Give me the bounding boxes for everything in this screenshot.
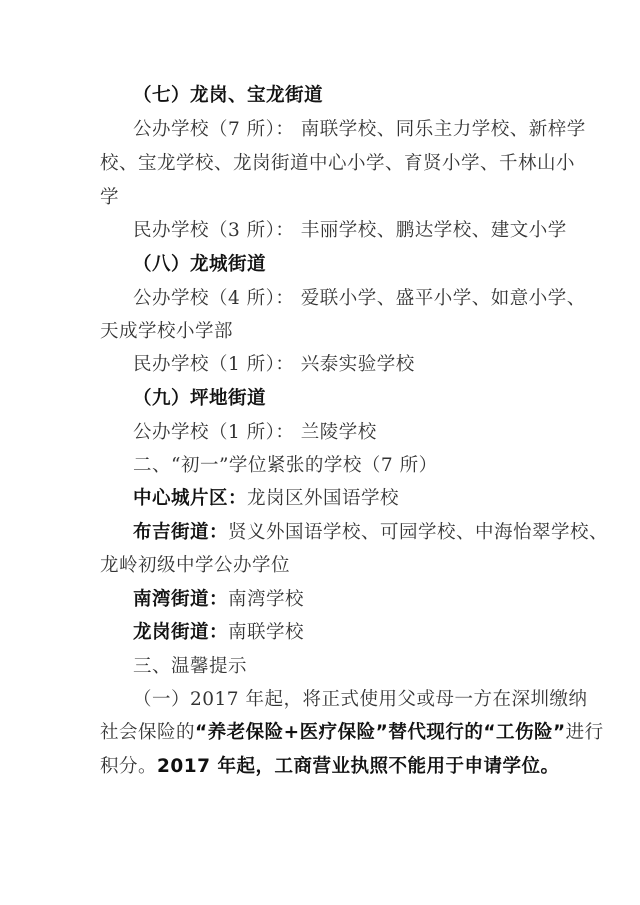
public-schools-7-line2: 校、宝龙学校、龙岗街道中心小学、育贤小学、千林山小 bbox=[100, 152, 540, 176]
part2-item-longgang: 龙岗街道：南联学校 bbox=[133, 621, 573, 645]
section-heading-9: （九）坪地街道 bbox=[133, 387, 573, 411]
public-schools-7-line1: 公办学校（7 所）： 南联学校、同乐主力学校、新梓学 bbox=[133, 118, 573, 142]
public-schools-8-line2: 天成学校小学部 bbox=[100, 320, 540, 344]
private-schools-7: 民办学校（3 所）： 丰丽学校、鹏达学校、建文小学 bbox=[133, 219, 573, 243]
part2-title: 二、“初一”学位紧张的学校（7 所） bbox=[133, 454, 573, 478]
part2-item-buji: 布吉街道：贤义外国语学校、可园学校、中海怡翠学校、 bbox=[133, 521, 573, 545]
school-names: 龙岗区外国语学校 bbox=[247, 488, 399, 509]
district-label: 布吉街道： bbox=[133, 522, 228, 543]
part3-p1-line3: 积分。2017 年起，工商营业执照不能用于申请学位。 bbox=[100, 755, 540, 779]
district-label: 南湾街道： bbox=[133, 589, 228, 610]
part3-title: 三、温馨提示 bbox=[133, 655, 573, 679]
section-heading-7: （七）龙岗、宝龙街道 bbox=[133, 84, 573, 108]
part2-item-center: 中心城片区：龙岗区外国语学校 bbox=[133, 487, 573, 511]
public-schools-7-line3: 学 bbox=[100, 186, 540, 210]
part3-p1-line1: （一）2017 年起，将正式使用父或母一方在深圳缴纳 bbox=[133, 688, 573, 712]
bold-text: “养老保险+医疗保险”替代现行的“工伤险” bbox=[195, 722, 566, 743]
document-page: （七）龙岗、宝龙街道 公办学校（7 所）： 南联学校、同乐主力学校、新梓学 校、… bbox=[0, 0, 640, 905]
school-names: 南湾学校 bbox=[228, 589, 304, 610]
text: 社会保险的 bbox=[100, 722, 195, 743]
private-schools-8: 民办学校（1 所）： 兴泰实验学校 bbox=[133, 353, 573, 377]
text: 积分。 bbox=[100, 756, 157, 777]
school-names: 南联学校 bbox=[228, 622, 304, 643]
district-label: 中心城片区： bbox=[133, 488, 247, 509]
part3-p1-line2: 社会保险的“养老保险+医疗保险”替代现行的“工伤险”进行 bbox=[100, 721, 540, 745]
section-heading-8: （八）龙城街道 bbox=[133, 253, 573, 277]
text: 进行 bbox=[566, 722, 604, 743]
part2-item-buji-cont: 龙岭初级中学公办学位 bbox=[100, 554, 540, 578]
public-schools-8-line1: 公办学校（4 所）： 爱联小学、盛平小学、如意小学、 bbox=[133, 287, 573, 311]
public-schools-9: 公办学校（1 所）： 兰陵学校 bbox=[133, 421, 573, 445]
school-names: 贤义外国语学校、可园学校、中海怡翠学校、 bbox=[228, 522, 608, 543]
district-label: 龙岗街道： bbox=[133, 622, 228, 643]
part2-item-nanwan: 南湾街道：南湾学校 bbox=[133, 588, 573, 612]
bold-text: 2017 年起，工商营业执照不能用于申请学位。 bbox=[157, 756, 559, 777]
